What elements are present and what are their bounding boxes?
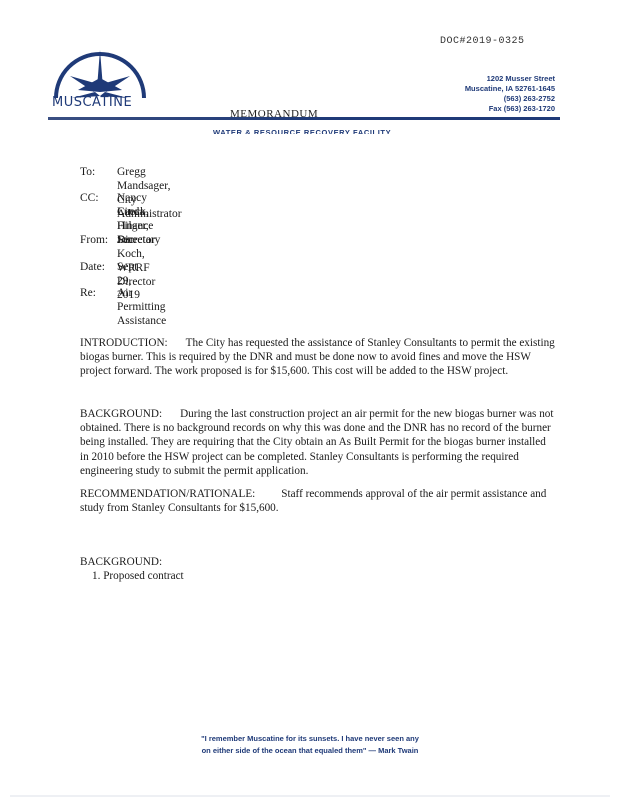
background-section: BACKGROUND:During the last construction … xyxy=(80,407,555,478)
introduction-section: INTRODUCTION:The City has requested the … xyxy=(80,336,555,379)
scan-edge xyxy=(10,795,610,797)
footer-quote: "I remember Muscatine for its sunsets. I… xyxy=(180,733,440,757)
re-label: Re: xyxy=(80,286,96,300)
attachments-heading: BACKGROUND: xyxy=(80,555,555,569)
logo-wordmark: MUSCATINE xyxy=(52,95,132,110)
address-phone: (563) 263-2752 xyxy=(465,94,555,104)
recommendation-section: RECOMMENDATION/RATIONALE:Staff recommend… xyxy=(80,487,555,515)
header-rule xyxy=(48,117,560,120)
facility-name: WATER & RESOURCE RECOVERY FACILITY xyxy=(213,128,391,134)
to-label: To: xyxy=(80,165,95,179)
date-label: Date: xyxy=(80,260,105,274)
address-street: 1202 Musser Street xyxy=(465,74,555,84)
document-number: DOC#2019-0325 xyxy=(440,36,525,47)
attachments-section: BACKGROUND: 1. Proposed contract xyxy=(80,555,555,583)
quote-line-2: on either side of the ocean that equaled… xyxy=(180,745,440,757)
attachment-item: 1. Proposed contract xyxy=(80,569,555,583)
quote-line-1: "I remember Muscatine for its sunsets. I… xyxy=(180,733,440,745)
address-block: 1202 Musser Street Muscatine, IA 52761-1… xyxy=(465,74,555,114)
introduction-heading: INTRODUCTION: xyxy=(80,337,168,349)
re-value: Air Permitting Assistance xyxy=(117,286,166,328)
address-city: Muscatine, IA 52761-1645 xyxy=(465,84,555,94)
address-fax: Fax (563) 263-1720 xyxy=(465,104,555,114)
cc-label: CC: xyxy=(80,191,99,205)
background-heading: BACKGROUND: xyxy=(80,408,162,420)
from-label: From: xyxy=(80,233,108,247)
recommendation-heading: RECOMMENDATION/RATIONALE: xyxy=(80,488,255,500)
